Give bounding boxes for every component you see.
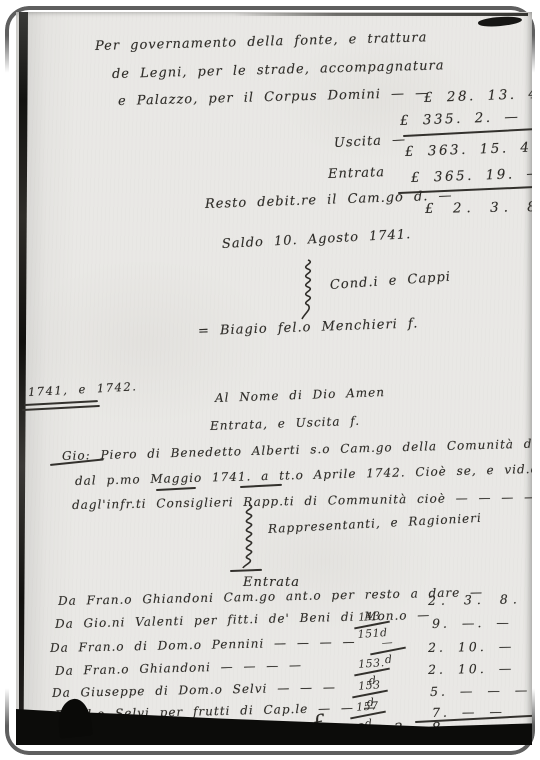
entrata-row-text: Da Giuseppe di Dom.o Selvi — — —	[52, 680, 336, 700]
entrata-row-amount: 2. 10. —	[428, 638, 515, 655]
brace-label: Rappresentanti, e Ragionieri	[268, 511, 482, 536]
preamble-line-1: Gio: Piero di Benedetto Alberti s.o Cam.…	[62, 434, 532, 462]
uscita-amount: £ 363. 15. 4.	[405, 139, 532, 160]
entrata-row-text: Da Fran.o Ghiandoni — — — —	[55, 658, 302, 678]
year-1741-underline	[156, 487, 196, 491]
invocation: Al Nome di Dio Amen	[215, 385, 385, 405]
signature-brace-squiggle-icon	[300, 259, 316, 321]
page-holder-shadow	[56, 697, 93, 738]
expense-line-2: de Legni, per le strade, accompagnatura	[112, 58, 445, 82]
expense-line-3: e Palazzo, per il Corpus Domini — —	[118, 86, 430, 109]
representatives-brace-squiggle-icon	[240, 504, 258, 574]
signature-1: Cond.i e Cappi	[329, 270, 451, 293]
page-top-edge-shadow	[478, 15, 523, 28]
saldo-line: Saldo 10. Agosto 1741.	[222, 227, 412, 252]
expense-amount-2: £ 335. 2. —	[400, 109, 521, 129]
entrata-heading: Entrata	[243, 575, 300, 590]
entrata-row-amount: 9. —. —	[432, 615, 512, 631]
manuscript-page: Per governamento della fonte, e trattura…	[16, 12, 532, 745]
margin-year-note: 1741, e 1742.	[28, 379, 138, 399]
resto-amount: £ 2. 3. 8.	[425, 199, 532, 217]
year-1742-underline	[240, 484, 282, 488]
subtitle: Entrata, e Uscita f.	[210, 414, 361, 433]
preamble-line-3: dagl'infr.ti Consiglieri Rapp.ti di Comm…	[72, 490, 532, 512]
entrata-row-amount: 2. 3. 8.	[428, 591, 522, 608]
entrata-row-text: Da Fran.o Ghiandoni Cam.go ant.o per res…	[58, 585, 483, 608]
uscita-label: Uscita —	[334, 132, 407, 151]
signature-2: = Biagio fel.o Menchieri f.	[198, 316, 419, 339]
entrata-label: Entrata	[328, 165, 386, 182]
entrata-row-amount: 2. 10. —	[428, 660, 515, 677]
margin-note-underline-2	[22, 405, 100, 411]
entrata-row-text: Da Fran.o di Dom.o Pennini — — — —	[50, 635, 356, 655]
resto-label: Resto debit.re il Cam.go d. —	[205, 188, 453, 212]
sum-rule-uscita	[403, 127, 532, 137]
preamble-line-2: dal p.mo Maggio 1741. a tt.o Aprile 1742…	[75, 460, 532, 488]
binding-spine	[19, 12, 28, 745]
entrata-row-amount: 5. — — —	[430, 682, 531, 699]
page-top-edge	[233, 13, 528, 16]
expense-amount-1: £ 28. 13. 4	[424, 86, 532, 106]
carta-ref-top: —	[381, 636, 393, 650]
entrata-amount: £ 365. 19. —	[411, 165, 532, 186]
expense-line-1: Per governamento della fonte, e trattura	[95, 30, 428, 54]
